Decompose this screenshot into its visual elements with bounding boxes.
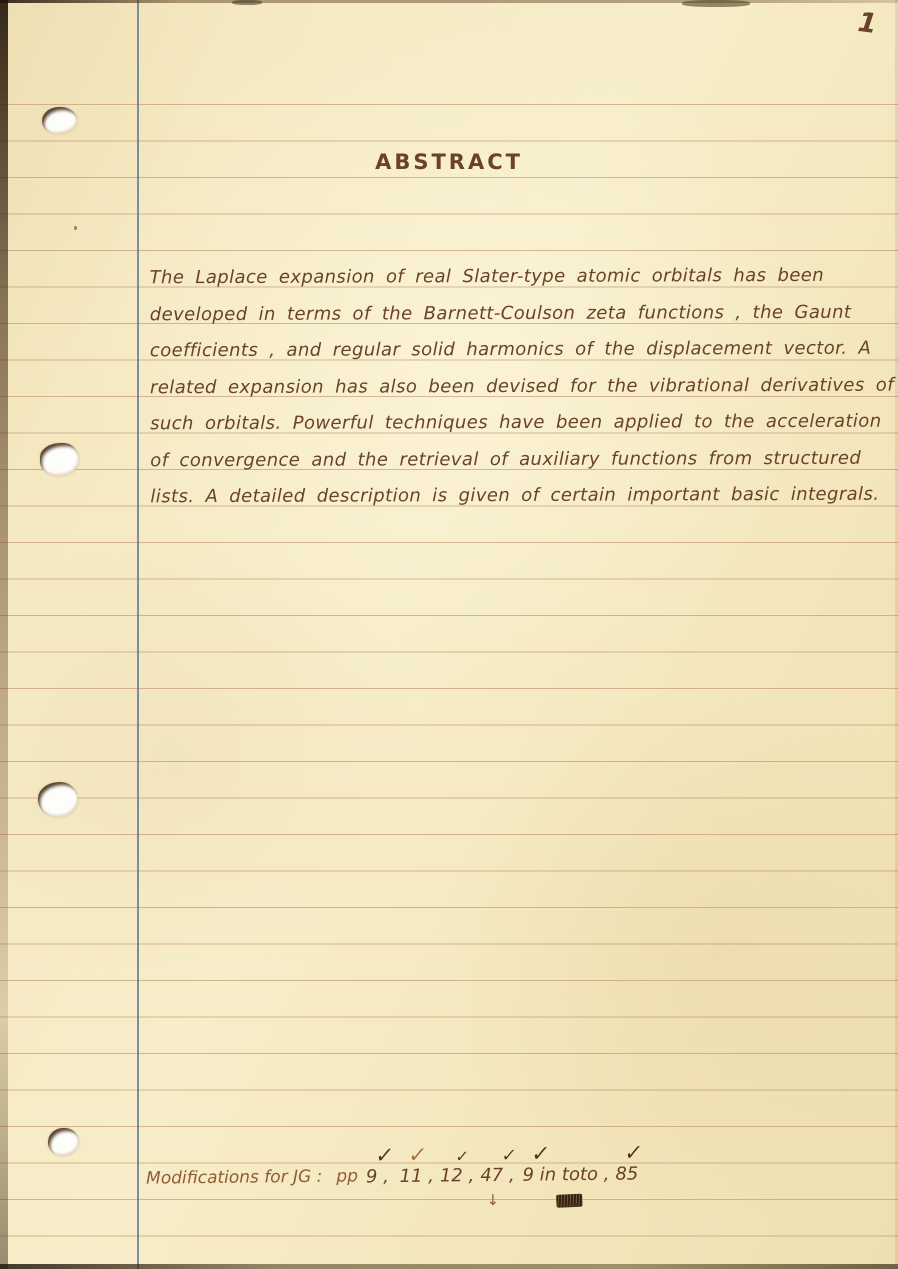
abstract-line: developed in terms of the Barnett-Coulso… (150, 294, 866, 333)
scan-edge-bottom (0, 1264, 898, 1269)
abstract-paragraph: The Laplace expansion of real Slater-typ… (150, 258, 867, 516)
scan-edge-left (0, 0, 8, 1269)
page-title: ABSTRACT (0, 150, 898, 174)
punch-hole (42, 107, 77, 134)
ink-speck (74, 226, 77, 230)
page-ref-label: 12 , (440, 1165, 475, 1187)
abstract-line: related expansion has also been devised … (150, 367, 866, 406)
abstract-line: The Laplace expansion of real Slater-typ… (150, 258, 866, 297)
checkmark-icon: ✓ (624, 1143, 644, 1162)
punch-hole (38, 782, 78, 817)
punch-hole (40, 443, 79, 476)
page-ref-label: 85 (615, 1163, 638, 1185)
scan-edge-top (0, 0, 898, 3)
abstract-line: coefficients , and regular solid harmoni… (150, 331, 866, 370)
pages-abbrev: pp (336, 1166, 358, 1188)
page-number: 1 (856, 7, 878, 40)
page-ref-item: ✓ 47 , ↓ (480, 1147, 517, 1187)
notebook-page: 1 ABSTRACT The Laplace expansion of real… (0, 0, 898, 1269)
modifications-note: Modifications for JG : pp ✓ 9 , ✓ 11 , ✓… (146, 1143, 649, 1190)
checkmark-icon: ✓ (374, 1145, 394, 1164)
page-ref-label: 9 in toto , (522, 1164, 609, 1187)
page-ref-item: ✓ 9 in toto , (522, 1144, 609, 1187)
page-title-text: ABSTRACT (375, 150, 523, 174)
page-ref-item: ✓ 9 , (366, 1146, 394, 1188)
page-ref-item: ✓ 85 (615, 1143, 643, 1185)
checkmark-icon: ✓ (454, 1147, 469, 1166)
scan-smudge (232, 0, 262, 5)
punch-hole (48, 1128, 79, 1156)
scan-smudge (682, 0, 750, 7)
abstract-line: lists. A detailed description is given o… (150, 477, 866, 516)
page-ref-label: 47 , (480, 1165, 515, 1187)
page-ref-label: 11 , (399, 1166, 434, 1188)
scribbled-out-text (557, 1194, 584, 1208)
down-arrow-icon: ↓ (486, 1191, 499, 1209)
abstract-line: such orbitals. Powerful techniques have … (150, 404, 866, 443)
checkmark-icon: ✓ (408, 1145, 428, 1164)
page-ref-label: 9 , (366, 1166, 389, 1188)
page-ref-item: ✓ 12 , (440, 1147, 475, 1187)
checkmark-icon: ✓ (531, 1144, 551, 1163)
abstract-line: of convergence and the retrieval of auxi… (150, 440, 866, 479)
margin-line (137, 0, 139, 1269)
checkmark-icon: ✓ (501, 1146, 518, 1165)
modifications-prefix: Modifications for JG : (146, 1167, 322, 1191)
page-ref-item: ✓ 11 , (399, 1146, 434, 1188)
